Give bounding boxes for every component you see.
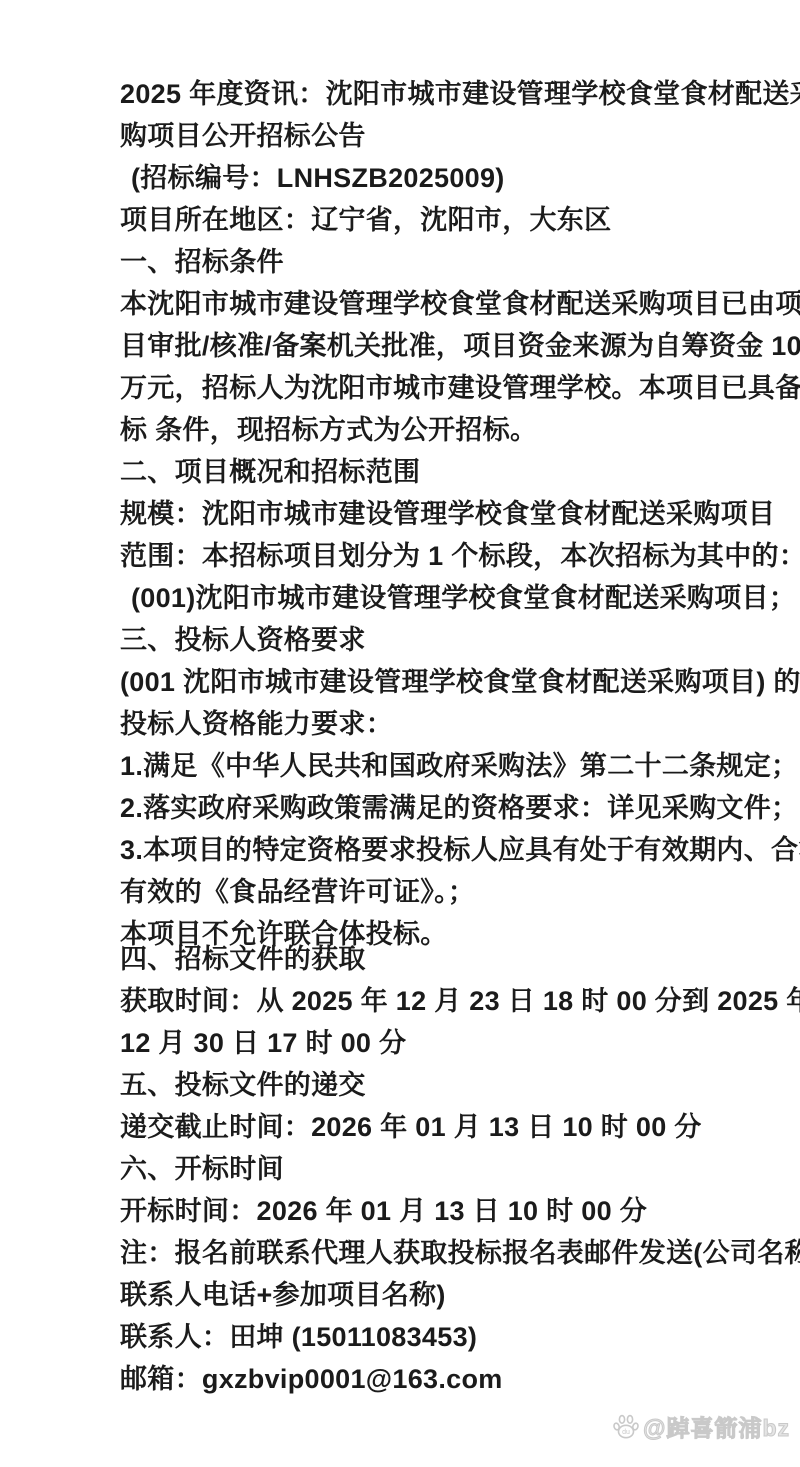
doc-line: 邮箱：gxzbvip0001@163.com	[120, 1358, 692, 1400]
page: { "page": { "background_color": "#ffffff…	[0, 0, 800, 1467]
doc-line: 标 条件，现招标方式为公开招标。	[120, 409, 692, 451]
watermark: du @踔喜箭浦bz	[612, 1410, 790, 1443]
doc-line: 三、投标人资格要求	[120, 619, 692, 661]
doc-line: 递交截止时间：2026 年 01 月 13 日 10 时 00 分	[120, 1106, 692, 1148]
doc-line: 2.落实政府采购政策需满足的资格要求：详见采购文件；	[120, 787, 692, 829]
doc-line: 12 月 30 日 17 时 00 分	[120, 1022, 692, 1064]
doc-line: 有效的《食品经营许可证》。；	[120, 871, 692, 913]
doc-line: 本沈阳市城市建设管理学校食堂食材配送采购项目已由项	[120, 283, 692, 325]
doc-line: 五、投标文件的递交	[120, 1064, 692, 1106]
doc-line: 万元，招标人为沈阳市城市建设管理学校。本项目已具备招	[120, 367, 692, 409]
doc-line: 项目所在地区：辽宁省，沈阳市，大东区	[120, 199, 692, 241]
doc-line: 获取时间：从 2025 年 12 月 23 日 18 时 00 分到 2025 …	[120, 980, 692, 1022]
baidu-paw-icon: du	[612, 1413, 640, 1441]
doc-line: (招标编号：LNHSZB2025009)	[120, 157, 692, 199]
doc-line: 目审批/核准/备案机关批准，项目资金来源为自筹资金 100	[120, 325, 692, 367]
doc-line: 2025 年度资讯：沈阳市城市建设管理学校食堂食材配送采	[120, 73, 692, 115]
watermark-username: @踔喜箭浦bz	[643, 1410, 790, 1443]
doc-line: 1.满足《中华人民共和国政府采购法》第二十二条规定；	[120, 745, 692, 787]
doc-line: 注：报名前联系代理人获取投标报名表邮件发送(公司名称+	[120, 1232, 692, 1274]
doc-line: 规模：沈阳市城市建设管理学校食堂食材配送采购项目	[120, 493, 692, 535]
doc-line: 联系人：田坤 (15011083453)	[120, 1316, 692, 1358]
doc-line: 二、项目概况和招标范围	[120, 451, 692, 493]
doc-line: 一、招标条件	[120, 241, 692, 283]
svg-text:du: du	[622, 1429, 630, 1436]
doc-line: 开标时间：2026 年 01 月 13 日 10 时 00 分	[120, 1190, 692, 1232]
doc-line: (001)沈阳市城市建设管理学校食堂食材配送采购项目；	[120, 577, 692, 619]
doc-line: 购项目公开招标公告	[120, 115, 692, 157]
doc-line: 3.本项目的特定资格要求投标人应具有处于有效期内、合法	[120, 829, 692, 871]
doc-line: 联系人电话+参加项目名称)	[120, 1274, 692, 1316]
doc-line: (001 沈阳市城市建设管理学校食堂食材配送采购项目) 的	[120, 661, 692, 703]
doc-line: 范围：本招标项目划分为 1 个标段，本次招标为其中的：	[120, 535, 692, 577]
doc-line: 六、开标时间	[120, 1148, 692, 1190]
document-body: 2025 年度资讯：沈阳市城市建设管理学校食堂食材配送采购项目公开招标公告(招标…	[120, 73, 692, 1400]
doc-line: 投标人资格能力要求：	[120, 703, 692, 745]
